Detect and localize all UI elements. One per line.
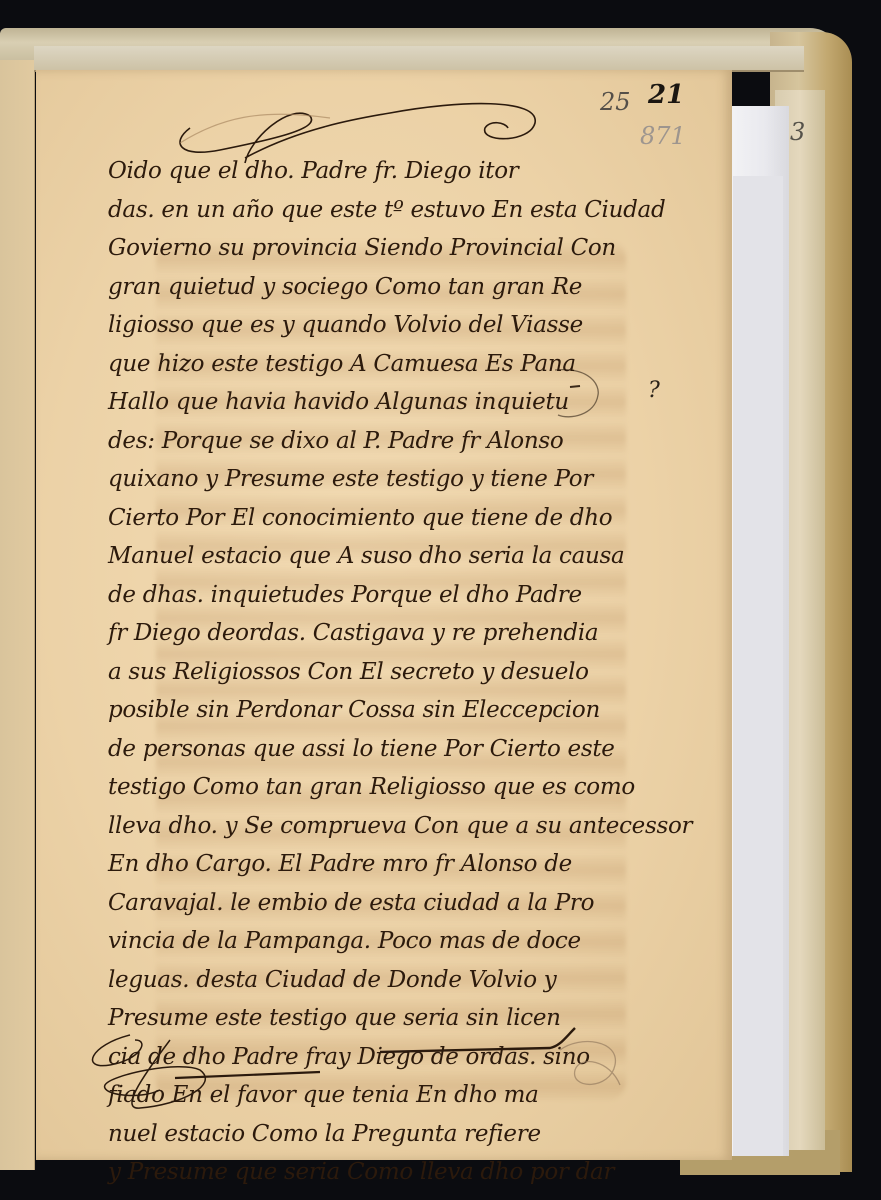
text-line: posible sin Perdonar Cossa sin Eleccepci… [108, 691, 608, 730]
text-line: ligiosso que es y quando Volvio del Vias… [108, 306, 608, 345]
text-line: Manuel estacio que A suso dho seria la c… [108, 537, 608, 576]
text-line: y Presume que seria Como lleva dho por d… [108, 1153, 608, 1192]
text-line: Cierto Por El conocimiento que tiene de … [108, 499, 608, 538]
folio-number-pencil: 871 [640, 122, 686, 150]
text-line: Govierno su provincia Siendo Provincial … [108, 229, 608, 268]
top-folded-edge [34, 46, 804, 72]
text-line: testigo Como tan gran Religiosso que es … [108, 768, 608, 807]
text-line: fr Diego deordas. Castigava y re prehend… [108, 614, 608, 653]
folio-number-crossed: 25 [600, 88, 631, 116]
bottom-right-flourish-icon [540, 1030, 640, 1110]
bottom-flourish-icon [80, 1010, 600, 1120]
text-line: lleva dho. y Se comprueva Con que a su a… [108, 807, 608, 846]
text-line: En dho Cargo. El Padre mro fr Alonso de [108, 845, 608, 884]
text-line: de dhas. inquietudes Porque el dho Padre [108, 576, 608, 615]
text-line: des: Porque se dixo al P. Padre fr Alons… [108, 422, 608, 461]
cover-label: 3 [790, 118, 805, 146]
text-line: a sus Religiossos Con El secreto y desue… [108, 653, 608, 692]
text-line: Hallo que havia havido Algunas inquietu [108, 383, 608, 422]
text-line: Oido que el dho. Padre fr. Diego itor [108, 152, 608, 191]
text-line: Caravajal. le embio de esta ciudad a la … [108, 884, 608, 923]
left-page-edge [0, 60, 35, 1170]
text-line: gran quietud y sociego Como tan gran Re [108, 268, 608, 307]
text-line: de personas que assi lo tiene Por Cierto… [108, 730, 608, 769]
text-line: vincia de la Pampanga. Poco mas de doce [108, 922, 608, 961]
manuscript-scan: 3 25 21 871 ? Oido que el dho. Padre fr.… [0, 0, 881, 1200]
text-line: que hizo este testigo A Camuesa Es Pana [108, 345, 608, 384]
folio-number-current: 21 [648, 80, 684, 110]
text-line: das. en un año que este tº estuvo En est… [108, 191, 608, 230]
margin-mark: ? [648, 378, 660, 403]
paper-insert-inner [733, 176, 783, 1156]
text-line: leguas. desta Ciudad de Donde Volvio y [108, 961, 608, 1000]
text-line: quixano y Presume este testigo y tiene P… [108, 460, 608, 499]
text-line: nuel estacio Como la Pregunta refiere [108, 1115, 608, 1154]
